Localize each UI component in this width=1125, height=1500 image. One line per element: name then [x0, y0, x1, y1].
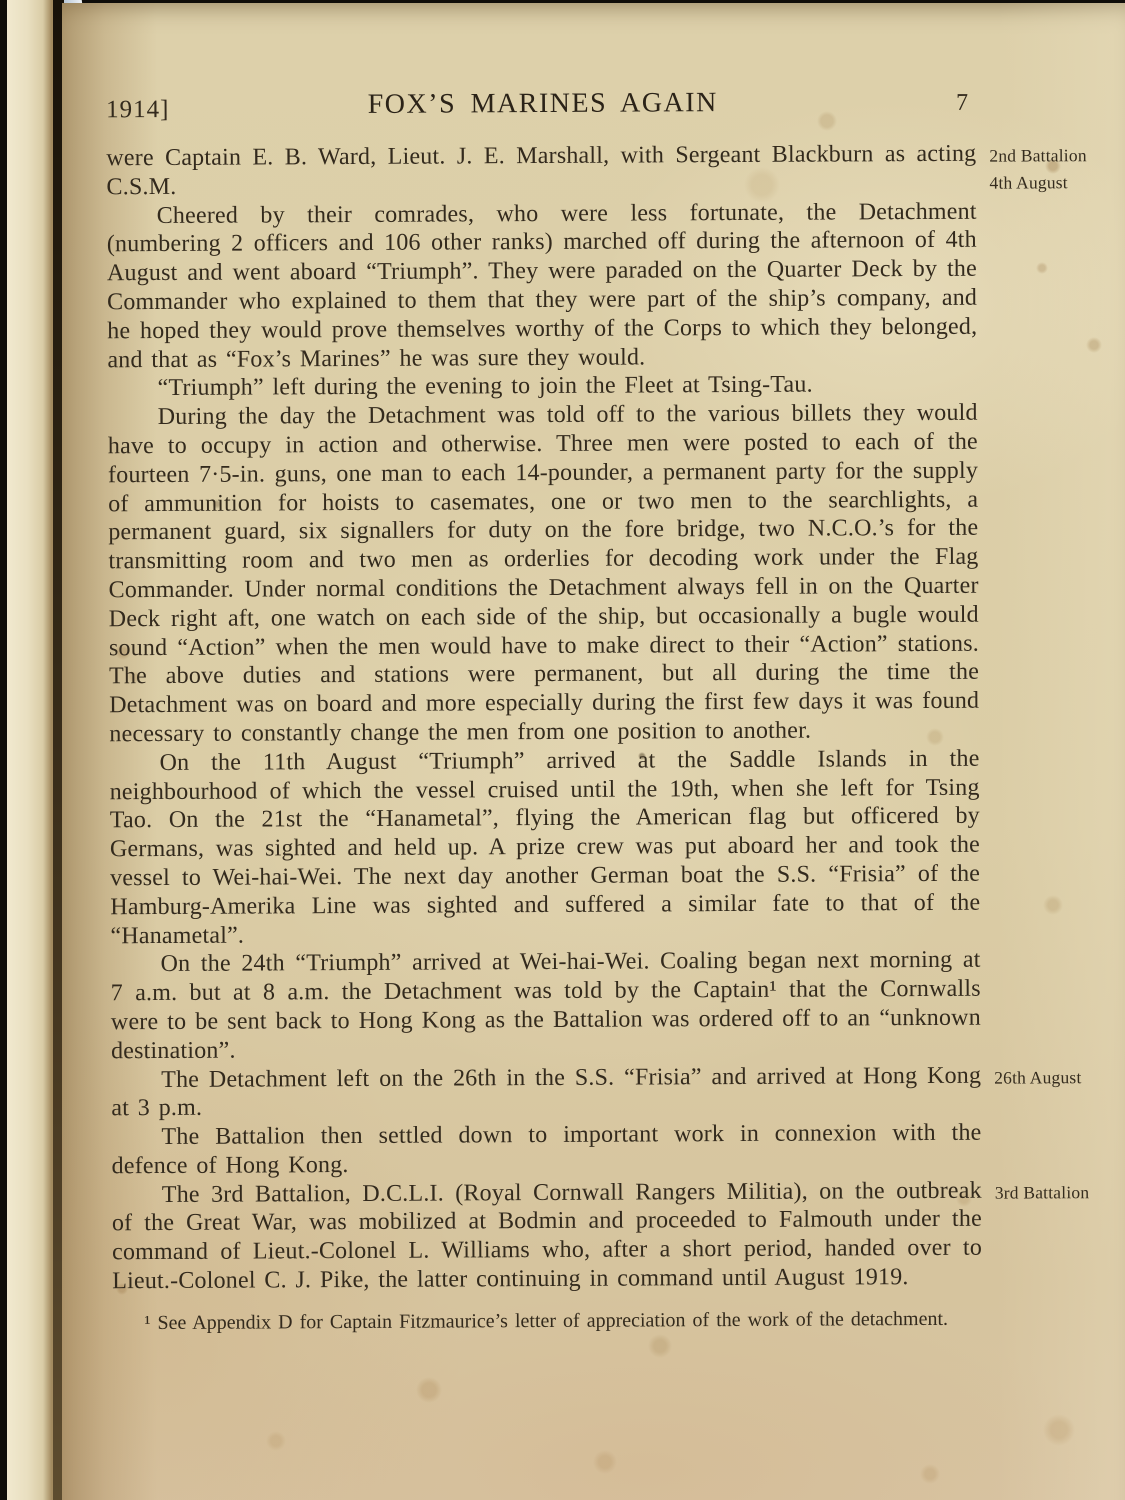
paragraph: The 3rd Battalion, D.C.L.I. (Royal Cornw… — [112, 1176, 983, 1296]
margin-note: 2nd Battalion 4th August — [989, 142, 1109, 197]
paragraph-text: The Battalion then settled down to impor… — [112, 1120, 982, 1179]
paragraph-text: were Captain E. B. Ward, Lieut. J. E. Ma… — [106, 141, 976, 200]
footnote: ¹ See Appendix D for Captain Fitzmaurice… — [112, 1307, 982, 1337]
margin-note: 3rd Battalion — [995, 1179, 1115, 1207]
footnote-text: ¹ See Appendix D for Captain Fitzmaurice… — [144, 1308, 948, 1334]
paragraph: The Detachment left on the 26th in the S… — [111, 1061, 981, 1123]
paragraph: On the 24th “Triumph” arrived at Wei-hai… — [111, 946, 982, 1066]
paragraph-text: The 3rd Battalion, D.C.L.I. (Royal Cornw… — [112, 1177, 982, 1294]
paragraph: The Battalion then settled down to impor… — [111, 1119, 981, 1181]
running-header: 1914] FOX’S MARINES AGAIN 7 — [106, 86, 976, 123]
page-number: 7 — [956, 90, 976, 117]
paragraph-text: The Detachment left on the 26th in the S… — [111, 1062, 981, 1121]
margin-note: 26th August — [994, 1064, 1114, 1092]
paragraph-text: “Triumph” left during the evening to joi… — [157, 372, 812, 401]
paragraph: On the 11th August “Triumph” arrived at … — [109, 744, 980, 950]
book-page: 1914] FOX’S MARINES AGAIN 7 were Captain… — [62, 3, 1125, 1500]
facing-page-edge — [7, 0, 53, 1500]
paragraph: Cheered by their comrades, who were less… — [107, 197, 978, 374]
paragraph: were Captain E. B. Ward, Lieut. J. E. Ma… — [106, 140, 976, 202]
photo-background: 1914] FOX’S MARINES AGAIN 7 were Captain… — [0, 0, 1125, 1500]
paragraph: During the day the Detachment was told o… — [108, 399, 980, 749]
paragraph: “Triumph” left during the evening to joi… — [107, 370, 977, 403]
header-year: 1914] — [106, 96, 169, 124]
page-title: FOX’S MARINES AGAIN — [368, 87, 718, 121]
paragraph-text: On the 24th “Triumph” arrived at Wei-hai… — [111, 947, 981, 1064]
paragraph-text: During the day the Detachment was told o… — [108, 400, 979, 747]
body-text: were Captain E. B. Ward, Lieut. J. E. Ma… — [106, 140, 982, 1296]
page-content: 1914] FOX’S MARINES AGAIN 7 were Captain… — [106, 86, 983, 1356]
paragraph-text: Cheered by their comrades, who were less… — [107, 198, 978, 373]
paragraph-text: On the 11th August “Triumph” arrived at … — [110, 745, 981, 948]
